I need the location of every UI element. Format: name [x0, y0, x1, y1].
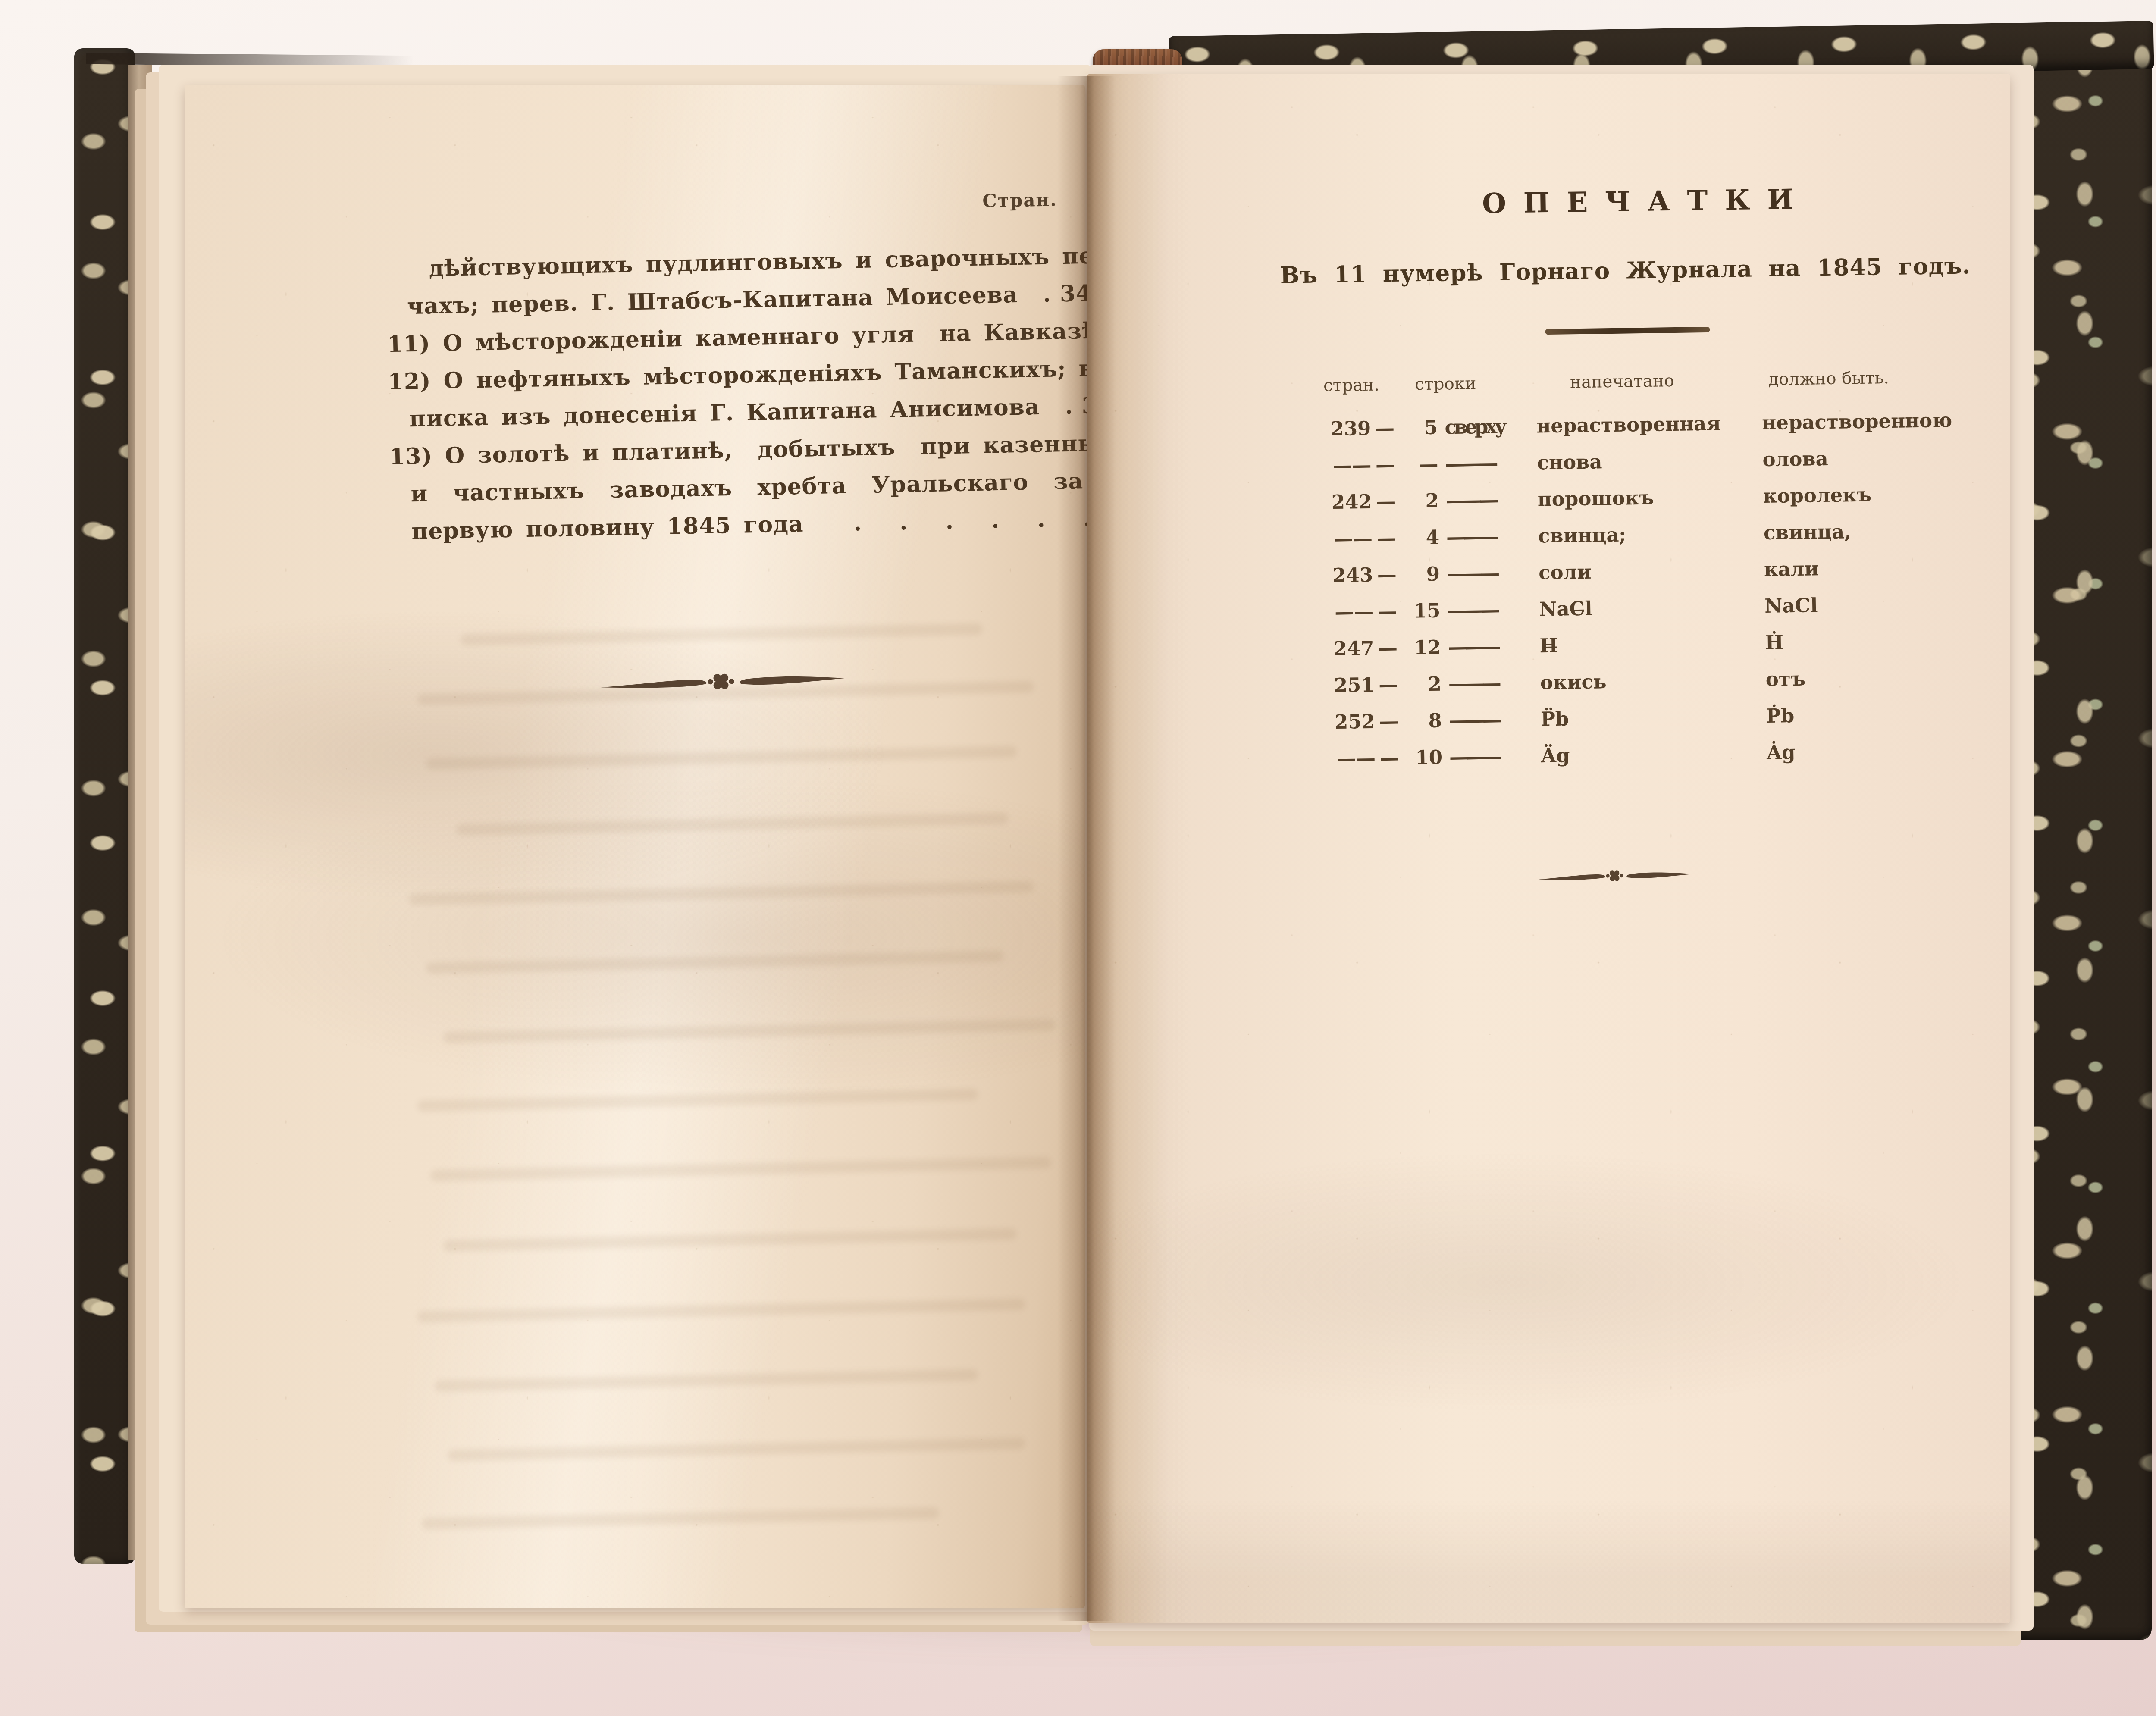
- cell-from: ———: [1438, 451, 1531, 476]
- cell-correct: Ȧg: [1766, 738, 2008, 764]
- cell-printed: снова: [1531, 448, 1762, 474]
- cell-line: 9: [1399, 563, 1440, 586]
- cell-printed: окись: [1534, 668, 1765, 694]
- cell-from: ———: [1438, 488, 1532, 512]
- cell-from: ———: [1441, 671, 1534, 695]
- cell-page: 243: [1323, 564, 1373, 587]
- cell-from: ———: [1440, 561, 1533, 586]
- tapered-rule-ornament-icon: [599, 665, 847, 695]
- cell-line: 4: [1398, 526, 1440, 549]
- page-column-header: Стран.: [915, 189, 1057, 213]
- cell-dash: —: [1376, 746, 1402, 770]
- tapered-rule-ornament-icon: [1537, 864, 1695, 884]
- cell-dash: —: [1373, 563, 1399, 586]
- toc-text: дѣйствующихъ пудлинговыхъ и сварочныхъ п…: [429, 242, 1103, 282]
- cell-dash: —: [1373, 526, 1399, 550]
- cell-from: сверху: [1438, 415, 1531, 439]
- cell-from: ———: [1439, 525, 1532, 549]
- cell-correct: кали: [1763, 554, 2005, 581]
- cell-page: 247: [1324, 637, 1374, 661]
- cell-printed: H̶: [1533, 631, 1764, 657]
- cell-from: ———: [1440, 598, 1533, 622]
- cell-correct: свинца,: [1763, 518, 2005, 544]
- cell-line: 15: [1399, 599, 1441, 623]
- cell-page: 242: [1322, 490, 1372, 514]
- cell-printed: свинца;: [1532, 521, 1763, 547]
- cell-printed: соли: [1532, 558, 1764, 584]
- cell-page: ——: [1323, 527, 1373, 551]
- cell-line: 2: [1398, 489, 1439, 513]
- left-page-content: Стран. дѣйствующихъ пудлинговыхъ и сваро…: [180, 75, 1109, 1616]
- cell-dash: —: [1372, 490, 1398, 513]
- subtitle-rule: [1545, 327, 1710, 335]
- cell-printed: нерастворенная: [1530, 411, 1761, 437]
- cell-correct: Ṗb: [1765, 701, 2007, 727]
- cell-correct: NaCl: [1764, 591, 2006, 617]
- cell-dash: —: [1375, 710, 1401, 733]
- book-photo: Стран. дѣйствующихъ пудлинговыхъ и сваро…: [0, 0, 2156, 1716]
- cell-correct: олова: [1761, 445, 2003, 471]
- errata-table: стран. строки напечатано должно быть. 23…: [1321, 366, 2008, 784]
- cell-printed: Äg: [1535, 741, 1766, 767]
- left-cover-board: [74, 48, 135, 1564]
- cell-from: ———: [1441, 635, 1534, 659]
- cell-printed: P̈b: [1535, 705, 1766, 730]
- cell-page: ——: [1324, 600, 1374, 624]
- cell-from: ———: [1442, 708, 1535, 732]
- cell-dash: —: [1371, 416, 1397, 440]
- col-header-page: стран.: [1323, 376, 1380, 396]
- cell-line: 2: [1400, 673, 1442, 696]
- errata-subtitle: Въ 11 нумерѣ Горнаго Журнала на 1845 год…: [1185, 251, 2065, 290]
- cell-page: 252: [1326, 710, 1376, 734]
- left-page: Стран. дѣйствующихъ пудлинговыхъ и сваро…: [185, 85, 1085, 1608]
- cell-correct: королекъ: [1762, 481, 2004, 507]
- cell-dash: —: [1373, 600, 1400, 623]
- cell-line: 8: [1401, 709, 1442, 733]
- col-header-line: строки: [1415, 374, 1476, 394]
- right-page: ОПЕЧАТКИ Въ 11 нумерѣ Горнаго Журнала на…: [1087, 74, 2010, 1623]
- cell-line: —: [1397, 453, 1438, 476]
- col-header-should-be: должно быть.: [1768, 368, 1889, 389]
- cell-from: ———: [1442, 745, 1536, 769]
- cell-correct: нерастворенною: [1761, 408, 2003, 434]
- right-page-content: ОПЕЧАТКИ Въ 11 нумерѣ Горнаго Журнала на…: [1084, 67, 2029, 1629]
- errata-title: ОПЕЧАТКИ: [1465, 183, 1810, 220]
- cell-page: 239: [1321, 417, 1371, 441]
- cell-printed: NaC̶l: [1533, 595, 1764, 620]
- cell-line: 10: [1401, 746, 1443, 769]
- cell-dash: —: [1371, 453, 1398, 476]
- cell-page: ——: [1326, 747, 1376, 770]
- cell-line: 5: [1397, 416, 1438, 439]
- cell-page: 251: [1325, 673, 1375, 697]
- cell-page: ——: [1322, 454, 1372, 477]
- cell-dash: —: [1374, 673, 1401, 696]
- cell-printed: порошокъ: [1531, 485, 1762, 510]
- cell-correct: Ḣ: [1764, 628, 2006, 654]
- table-of-contents: дѣйствующихъ пудлинговыхъ и сварочныхъ п…: [385, 243, 1067, 556]
- cell-correct: отъ: [1764, 664, 2006, 691]
- cell-dash: —: [1374, 636, 1400, 660]
- col-header-printed: напечатано: [1570, 371, 1674, 392]
- cell-line: 12: [1400, 636, 1441, 659]
